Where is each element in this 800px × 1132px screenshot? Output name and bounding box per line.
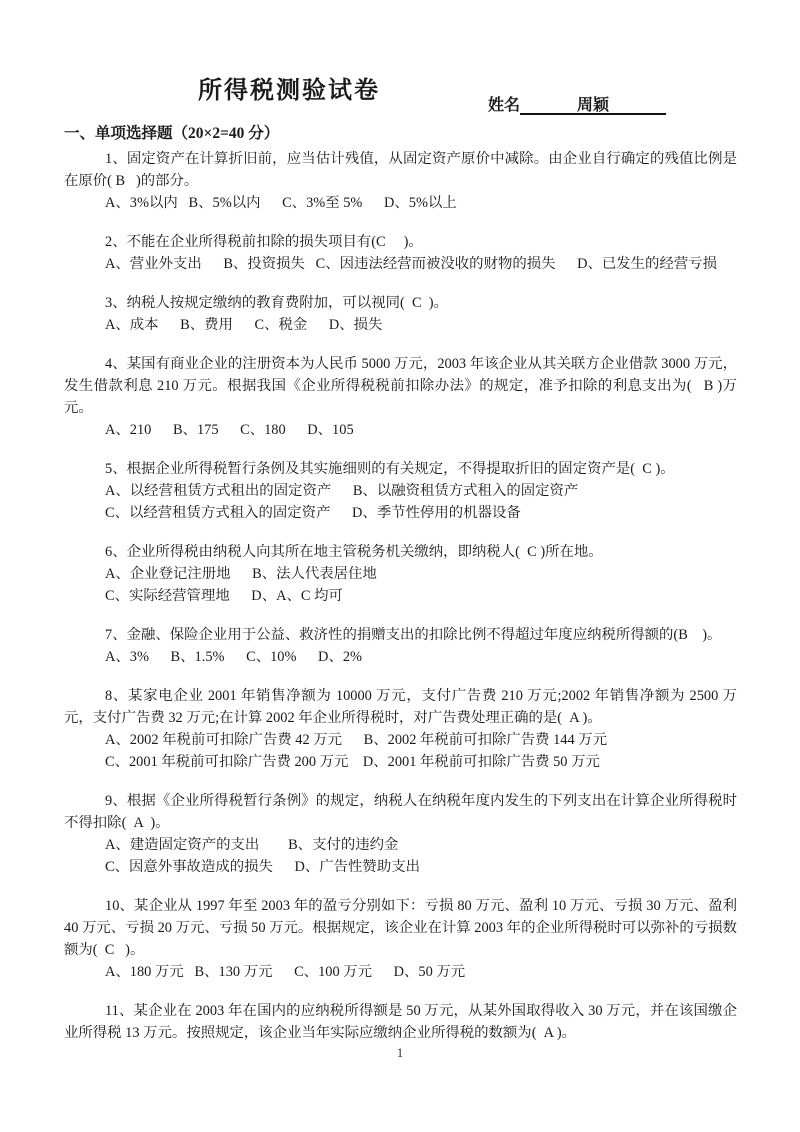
section-heading: 一、单项选择题（20×2=40 分）	[64, 123, 737, 145]
question-1: 1、固定资产在计算折旧前，应当估计残值，从固定资产原价中减除。由企业自行确定的残…	[64, 148, 737, 214]
exam-header: 所得税测验试卷 姓名周颖	[64, 78, 737, 114]
question-2-text: 2、不能在企业所得税前扣除的损失项目有(C )。	[64, 231, 737, 253]
question-8-options-cd: C、2001 年税前可扣除广告费 200 万元 D、2001 年税前可扣除广告费…	[64, 751, 737, 773]
question-6-options-ab: A、企业登记注册地 B、法人代表居住地	[64, 563, 737, 585]
question-8-text: 8、某家电企业 2001 年销售净额为 10000 万元，支付广告费 210 万…	[64, 685, 737, 729]
question-10: 10、某企业从 1997 年至 2003 年的盈亏分别如下：亏损 80 万元、盈…	[64, 895, 737, 983]
question-7-options: A、3% B、1.5% C、10% D、2%	[64, 646, 737, 668]
question-2-options: A、营业外支出 B、投资损失 C、因违法经营而被没收的财物的损失 D、已发生的经…	[64, 253, 737, 275]
name-value: 周颖	[577, 97, 609, 114]
question-5-options-ab: A、以经营租赁方式租出的固定资产 B、以融资租赁方式租入的固定资产	[64, 480, 737, 502]
question-9: 9、根据《企业所得税暂行条例》的规定，纳税人在纳税年度内发生的下列支出在计算企业…	[64, 790, 737, 878]
question-4-options: A、210 B、175 C、180 D、105	[64, 419, 737, 441]
question-6-text: 6、企业所得税由纳税人向其所在地主管税务机关缴纳，即纳税人( C )所在地。	[64, 541, 737, 563]
question-8-options-ab: A、2002 年税前可扣除广告费 42 万元 B、2002 年税前可扣除广告费 …	[64, 729, 737, 751]
question-5-text: 5、根据企业所得税暂行条例及其实施细则的有关规定，不得提取折旧的固定资产是( C…	[64, 458, 737, 480]
question-3: 3、纳税人按规定缴纳的教育费附加，可以视同( C )。 A、成本 B、费用 C、…	[64, 292, 737, 336]
question-4-text: 4、某国有商业企业的注册资本为人民币 5000 万元，2003 年该企业从其关联…	[64, 353, 737, 419]
question-6: 6、企业所得税由纳税人向其所在地主管税务机关缴纳，即纳税人( C )所在地。 A…	[64, 541, 737, 607]
question-10-text: 10、某企业从 1997 年至 2003 年的盈亏分别如下：亏损 80 万元、盈…	[64, 895, 737, 961]
question-5-options-cd: C、以经营租赁方式租入的固定资产 D、季节性停用的机器设备	[64, 502, 737, 524]
question-1-options: A、3%以内 B、5%以内 C、3%至 5% D、5%以上	[64, 192, 737, 214]
question-10-options: A、180 万元 B、130 万元 C、100 万元 D、50 万元	[64, 961, 737, 983]
question-6-options-cd: C、实际经营管理地 D、A、C 均可	[64, 585, 737, 607]
question-5: 5、根据企业所得税暂行条例及其实施细则的有关规定，不得提取折旧的固定资产是( C…	[64, 458, 737, 524]
question-9-options-ab: A、建造固定资产的支出 B、支付的违约金	[64, 834, 737, 856]
question-7: 7、金融、保险企业用于公益、救济性的捐赠支出的扣除比例不得超过年度应纳税所得额的…	[64, 624, 737, 668]
question-9-text: 9、根据《企业所得税暂行条例》的规定，纳税人在纳税年度内发生的下列支出在计算企业…	[64, 790, 737, 834]
question-2: 2、不能在企业所得税前扣除的损失项目有(C )。 A、营业外支出 B、投资损失 …	[64, 231, 737, 275]
question-11-text: 11、某企业在 2003 年在国内的应纳税所得额是 50 万元，从某外国取得收入…	[64, 1000, 737, 1044]
page-title: 所得税测验试卷	[198, 76, 380, 106]
page-number: 1	[0, 1045, 800, 1061]
question-11: 11、某企业在 2003 年在国内的应纳税所得额是 50 万元，从某外国取得收入…	[64, 1000, 737, 1044]
exam-page: 所得税测验试卷 姓名周颖 一、单项选择题（20×2=40 分） 1、固定资产在计…	[0, 0, 800, 1132]
name-underline: 周颖	[520, 92, 666, 115]
question-1-text: 1、固定资产在计算折旧前，应当估计残值，从固定资产原价中减除。由企业自行确定的残…	[64, 148, 737, 192]
name-field: 姓名周颖	[488, 92, 666, 115]
question-9-options-cd: C、因意外事故造成的损失 D、广告性赞助支出	[64, 856, 737, 878]
question-7-text: 7、金融、保险企业用于公益、救济性的捐赠支出的扣除比例不得超过年度应纳税所得额的…	[64, 624, 737, 646]
question-3-text: 3、纳税人按规定缴纳的教育费附加，可以视同( C )。	[64, 292, 737, 314]
question-3-options: A、成本 B、费用 C、税金 D、损失	[64, 314, 737, 336]
question-4: 4、某国有商业企业的注册资本为人民币 5000 万元，2003 年该企业从其关联…	[64, 353, 737, 441]
question-8: 8、某家电企业 2001 年销售净额为 10000 万元，支付广告费 210 万…	[64, 685, 737, 773]
name-label: 姓名	[488, 97, 520, 114]
exam-content: 所得税测验试卷 姓名周颖 一、单项选择题（20×2=40 分） 1、固定资产在计…	[64, 78, 737, 1044]
